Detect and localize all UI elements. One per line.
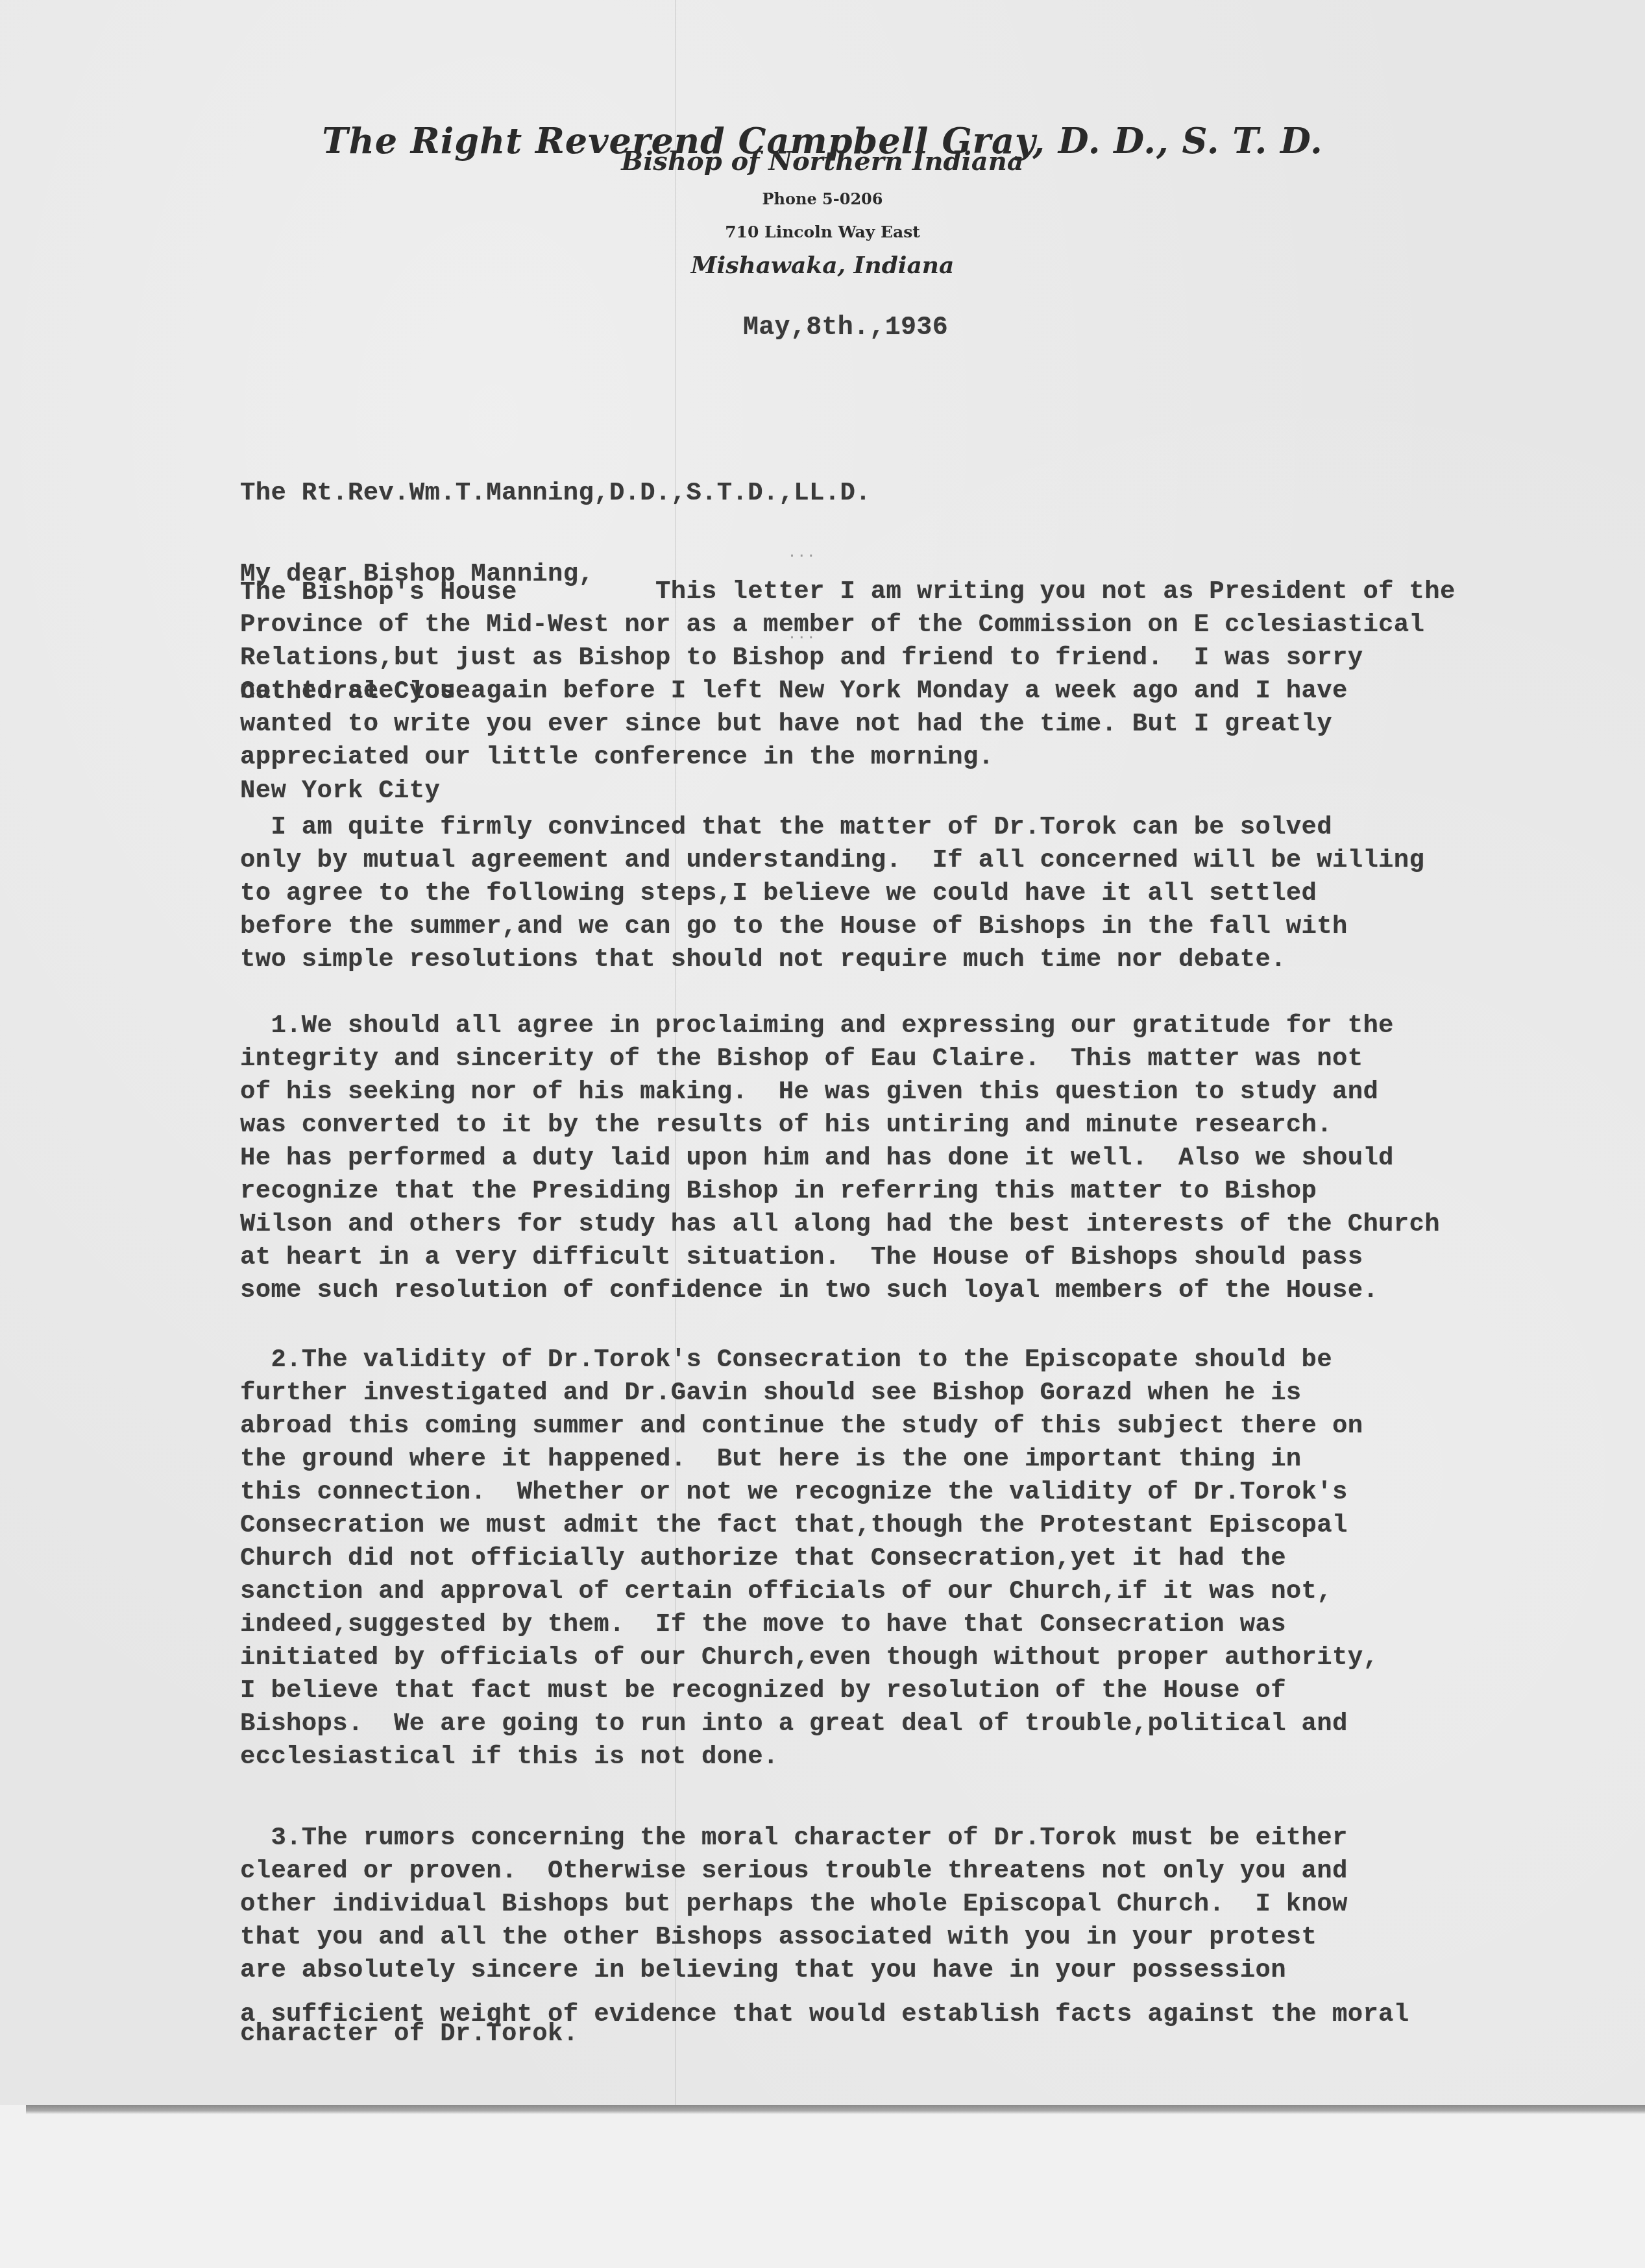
paragraph-intro: This letter I am writing you not as Pres… [240,575,1456,774]
letterhead-subtitle: Bishop of Northern Indiana [0,146,1645,176]
text-line: two simple resolutions that should not r… [240,943,1424,976]
text-line: 1.We should all agree in proclaiming and… [240,1009,1440,1043]
text-line: to agree to the following steps,I believ… [240,877,1424,910]
point-3-continued: a sufficient weight of evidence that wou… [240,2005,1409,2044]
text-line: 3.The rumors concerning the moral charac… [240,1822,1348,1855]
text-line: that you and all the other Bishops assoc… [240,1921,1348,1954]
text-line: before the summer,and we can go to the H… [240,910,1424,943]
point-3: 3.The rumors concerning the moral charac… [240,1822,1348,1987]
text-line: I believe that fact must be recognized b… [240,1674,1378,1707]
text-line: Province of the Mid-West nor as a member… [240,609,1456,642]
text-line: of his seeking nor of his making. He was… [240,1076,1440,1109]
letter-page: The Right Reverend Campbell Gray, D. D.,… [0,0,1645,2105]
text-line: Relations,but just as Bishop to Bishop a… [240,642,1456,675]
letterhead-phone: Phone 5-0206 [0,189,1645,208]
text-line: recognize that the Presiding Bishop in r… [240,1175,1440,1208]
page-bottom-edge [26,2105,1645,2114]
paragraph-proposal: I am quite firmly convinced that the mat… [240,811,1424,976]
text-line: Consecration we must admit the fact that… [240,1509,1378,1542]
text-line: are absolutely sincere in believing that… [240,1954,1348,1987]
recipient-line: New York City [240,775,871,808]
point-1: 1.We should all agree in proclaiming and… [240,1009,1440,1307]
text-line: integrity and sincerity of the Bishop of… [240,1043,1440,1076]
text-line: initiated by officials of our Church,eve… [240,1641,1378,1674]
recipient-line: The Rt.Rev.Wm.T.Manning,D.D.,S.T.D.,LL.D… [240,477,871,510]
text-line: appreciated our little conference in the… [240,741,1456,774]
text-line: this connection. Whether or not we recog… [240,1476,1378,1509]
text-line: 2.The validity of Dr.Torok's Consecratio… [240,1344,1378,1377]
text-line: some such resolution of confidence in tw… [240,1274,1440,1307]
text-line: cleared or proven. Otherwise serious tro… [240,1855,1348,1888]
text-line: Bishops. We are going to run into a grea… [240,1707,1378,1741]
point-2: 2.The validity of Dr.Torok's Consecratio… [240,1344,1378,1774]
text-line: ecclesiastical if this is not done. [240,1741,1378,1774]
text-line: indeed,suggested by them. If the move to… [240,1608,1378,1641]
text-line: Church did not officially authorize that… [240,1542,1378,1575]
text-line: the ground where it happened. But here i… [240,1443,1378,1476]
text-line: sanction and approval of certain officia… [240,1575,1378,1608]
text-line: was converted to it by the results of hi… [240,1109,1440,1142]
letter-date: May,8th.,1936 [743,311,948,344]
text-line: wanted to write you ever since but have … [240,708,1456,741]
text-line: This letter I am writing you not as Pres… [240,575,1456,609]
text-line: further investigated and Dr.Gavin should… [240,1377,1378,1410]
text-line: not to see you again before I left New Y… [240,675,1456,708]
text-line: other individual Bishops but perhaps the… [240,1888,1348,1921]
letterhead-street: 710 Lincoln Way East [0,223,1645,241]
text-line: He has performed a duty laid upon him an… [240,1142,1440,1175]
text-line: I am quite firmly convinced that the mat… [240,811,1424,844]
letterhead-city: Mishawaka, Indiana [0,252,1645,279]
text-line: Wilson and others for study has all alon… [240,1208,1440,1241]
text-line: abroad this coming summer and continue t… [240,1410,1378,1443]
text-line: only by mutual agreement and understandi… [240,844,1424,877]
text-line: at heart in a very difficult situation. … [240,1241,1440,1274]
